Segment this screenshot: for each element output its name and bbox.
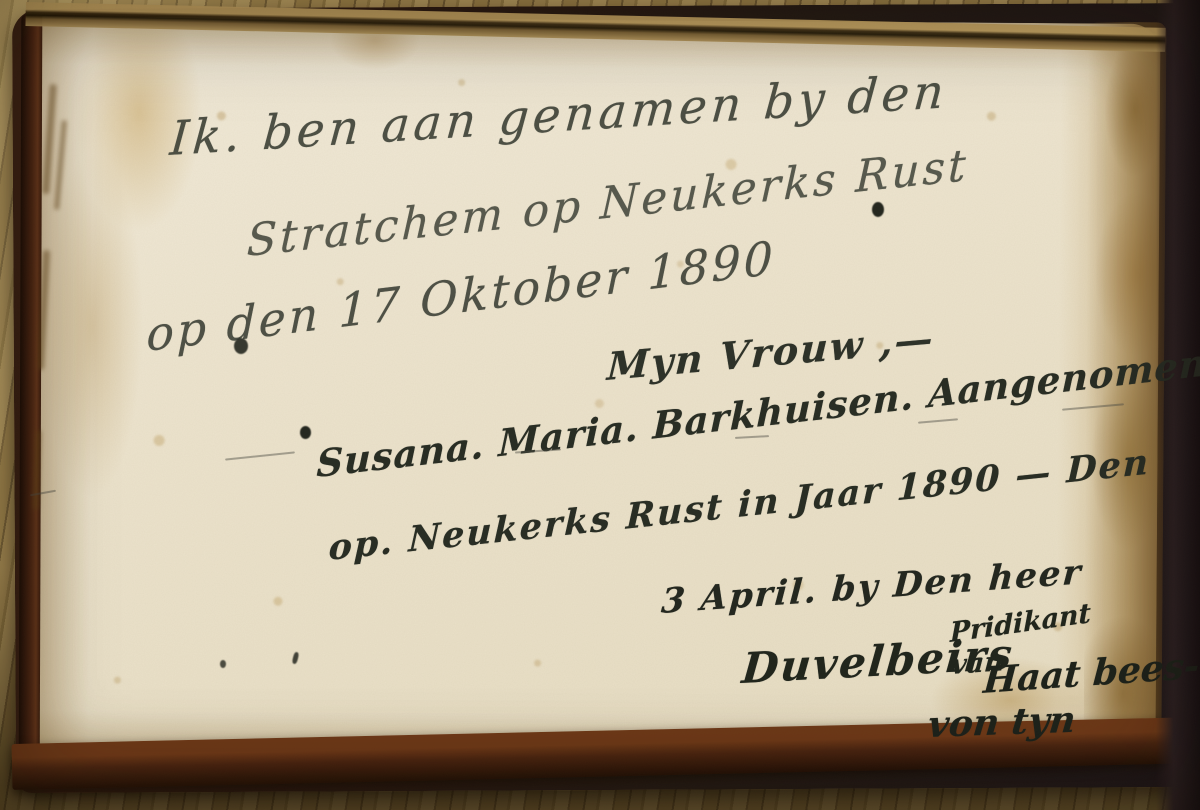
ink-blot: [220, 660, 226, 668]
ink-blot: [234, 338, 248, 354]
handwritten-line-12: von tyn: [926, 699, 1078, 746]
book-photo: Ik. ben aan genamen by den Stratchem op …: [0, 0, 1200, 810]
ink-blot: [300, 426, 311, 439]
ink-blot: [872, 202, 884, 217]
left-binding-strip: [19, 14, 43, 774]
